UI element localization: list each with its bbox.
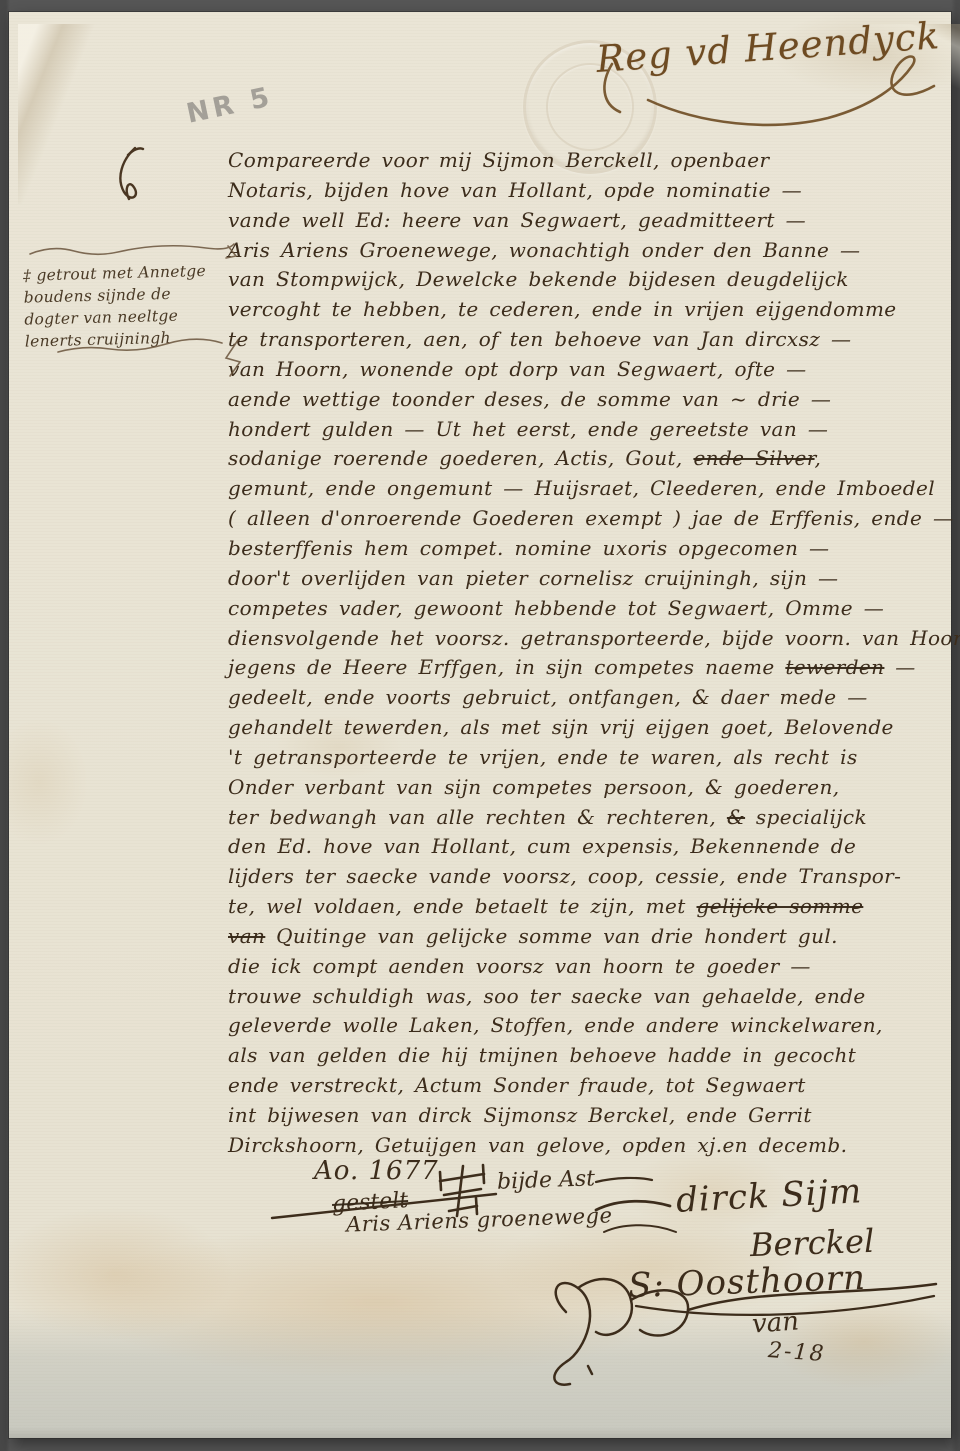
year-dateline: Ao. 1677	[314, 1156, 439, 1186]
body-line: ( alleen d'onroerende Goederen exempt ) …	[228, 504, 944, 534]
line-text: geleverde wolle Laken, Stoffen, ende and…	[228, 1013, 883, 1037]
line-text: —	[884, 655, 915, 679]
line-text: lijders ter saecke vande voorsz, coop, c…	[228, 864, 901, 888]
body-line: gedeelt, ende voorts gebruict, ontfangen…	[228, 683, 944, 713]
line-text: diensvolgende het voorsz. getransporteer…	[228, 626, 960, 650]
body-line: diensvolgende het voorsz. getransporteer…	[228, 624, 944, 654]
line-text: aende wettige toonder deses, de somme va…	[228, 387, 831, 411]
body-line: besterffenis hem compet. nomine uxoris o…	[228, 534, 944, 564]
body-line: 't getransporteerde te vrijen, ende te w…	[228, 743, 944, 773]
paraph-annotation-van: van	[751, 1306, 800, 1339]
body-line: te, wel voldaen, ende betaelt te zijn, m…	[228, 892, 944, 922]
margin-note: ‡ getrout met Annetgeboudens sijnde dedo…	[23, 259, 230, 352]
body-line: door't overlijden van pieter cornelisz c…	[228, 564, 944, 594]
body-line: van Hoorn, wonende opt dorp van Segwaert…	[228, 355, 944, 385]
line-text: 't getransporteerde te vrijen, ende te w…	[228, 745, 858, 769]
body-line: competes vader, gewoont hebbende tot Seg…	[228, 594, 944, 624]
notary-signature: S: Oosthoorn	[627, 1258, 866, 1306]
line-text: van Stompwijck, Dewelcke bekende bijdese…	[228, 267, 849, 291]
line-text: Aris Ariens Groenewege, wonachtigh onder…	[228, 238, 860, 262]
line-text: ter bedwangh van alle rechten & rechtere…	[228, 805, 727, 829]
body-line: trouwe schuldigh was, soo ter saecke van…	[228, 982, 944, 1012]
body-line: den Ed. hove van Hollant, cum expensis, …	[228, 832, 944, 862]
line-text: Notaris, bijden hove van Hollant, opde n…	[228, 178, 802, 202]
body-lines: Compareerde voor mij Sijmon Berckell, op…	[228, 146, 944, 1161]
line-text: vande well Ed: heere van Segwaert, geadm…	[228, 208, 806, 232]
body-line: jegens de Heere Erffgen, in sijn compete…	[228, 653, 944, 683]
body-line: van Stompwijck, Dewelcke bekende bijdese…	[228, 265, 944, 295]
body-line: gemunt, ende ongemunt — Huijsraet, Cleed…	[228, 474, 944, 504]
line-text: die ick compt aenden voorsz van hoorn te…	[228, 954, 811, 978]
line-text: besterffenis hem compet. nomine uxoris o…	[228, 536, 829, 560]
body-line: hondert gulden — Ut het eerst, ende gere…	[228, 415, 944, 445]
line-text: Compareerde voor mij Sijmon Berckell, op…	[228, 148, 769, 172]
body-line: vande well Ed: heere van Segwaert, geadm…	[228, 206, 944, 236]
line-text: ,	[815, 446, 822, 470]
body-line: aende wettige toonder deses, de somme va…	[228, 385, 944, 415]
body-line: ter bedwangh van alle rechten & rechtere…	[228, 803, 944, 833]
line-text: gemunt, ende ongemunt — Huijsraet, Cleed…	[228, 476, 935, 500]
line-text: gedeelt, ende voorts gebruict, ontfangen…	[228, 685, 868, 709]
body-line: Onder verbant van sijn competes persoon,…	[228, 773, 944, 803]
body-line: geleverde wolle Laken, Stoffen, ende and…	[228, 1011, 944, 1041]
body-line: int bijwesen van dirck Sijmonsz Berckel,…	[228, 1101, 944, 1131]
line-text: van Hoorn, wonende opt dorp van Segwaert…	[228, 357, 807, 381]
body-line: vercoght te hebben, te cederen, ende in …	[228, 295, 944, 325]
margin-note-lines: ‡ getrout met Annetgeboudens sijnde dedo…	[23, 259, 230, 352]
line-text: als van gelden die hij tmijnen behoeve h…	[228, 1043, 856, 1067]
line-text: sodanige roerende goederen, Actis, Gout,	[228, 446, 693, 470]
paper-fold-top-left	[18, 24, 128, 204]
body-line: Notaris, bijden hove van Hollant, opde n…	[228, 176, 944, 206]
body-line: van Quitinge van gelijcke somme van drie…	[228, 922, 944, 952]
line-text: gehandelt tewerden, als met sijn vrij ei…	[228, 715, 894, 739]
line-text: Onder verbant van sijn competes persoon,…	[228, 775, 840, 799]
body-line: sodanige roerende goederen, Actis, Gout,…	[228, 444, 944, 474]
line-text: hondert gulden — Ut het eerst, ende gere…	[228, 417, 828, 441]
mark-by-text: bijde Ast	[497, 1166, 596, 1194]
line-text: competes vader, gewoont hebbende tot Seg…	[228, 596, 884, 620]
struck-word: van	[228, 924, 265, 948]
body-line: gehandelt tewerden, als met sijn vrij ei…	[228, 713, 944, 743]
line-text: door't overlijden van pieter cornelisz c…	[228, 566, 838, 590]
body-line: die ick compt aenden voorsz van hoorn te…	[228, 952, 944, 982]
line-text: specialijck	[745, 805, 867, 829]
line-text: den Ed. hove van Hollant, cum expensis, …	[228, 834, 856, 858]
line-text: te, wel voldaen, ende betaelt te zijn, m…	[228, 894, 697, 918]
line-text: ( alleen d'onroerende Goederen exempt ) …	[228, 506, 953, 530]
line-text: trouwe schuldigh was, soo ter saecke van…	[228, 984, 866, 1008]
body-line: Compareerde voor mij Sijmon Berckell, op…	[228, 146, 944, 176]
line-text: ende verstreckt, Actum Sonder fraude, to…	[228, 1073, 806, 1097]
paraph-annotation-number: 2-18	[767, 1338, 826, 1367]
line-text: Dirckshoorn, Getuijgen van gelove, opden…	[228, 1133, 847, 1157]
manuscript-scan: { "scan": { "background_color": "#565656…	[0, 0, 960, 1451]
struck-word: tewerden	[785, 655, 884, 679]
line-text: vercoght te hebben, te cederen, ende in …	[228, 297, 897, 321]
line-text: te transporteren, aen, of ten behoeve va…	[228, 327, 851, 351]
body-line: lijders ter saecke vande voorsz, coop, c…	[228, 862, 944, 892]
struck-word: &	[727, 805, 745, 829]
struck-word: ende Silver	[693, 446, 814, 470]
body-line: als van gelden die hij tmijnen behoeve h…	[228, 1041, 944, 1071]
struck-word: gelijcke somme	[697, 894, 864, 918]
body-line: te transporteren, aen, of ten behoeve va…	[228, 325, 944, 355]
line-text: int bijwesen van dirck Sijmonsz Berckel,…	[228, 1103, 812, 1127]
line-text: jegens de Heere Erffgen, in sijn compete…	[228, 655, 785, 679]
body-line: Aris Ariens Groenewege, wonachtigh onder…	[228, 236, 944, 266]
line-text: Quitinge van gelijcke somme van drie hon…	[265, 924, 838, 948]
body-line: ende verstreckt, Actum Sonder fraude, to…	[228, 1071, 944, 1101]
